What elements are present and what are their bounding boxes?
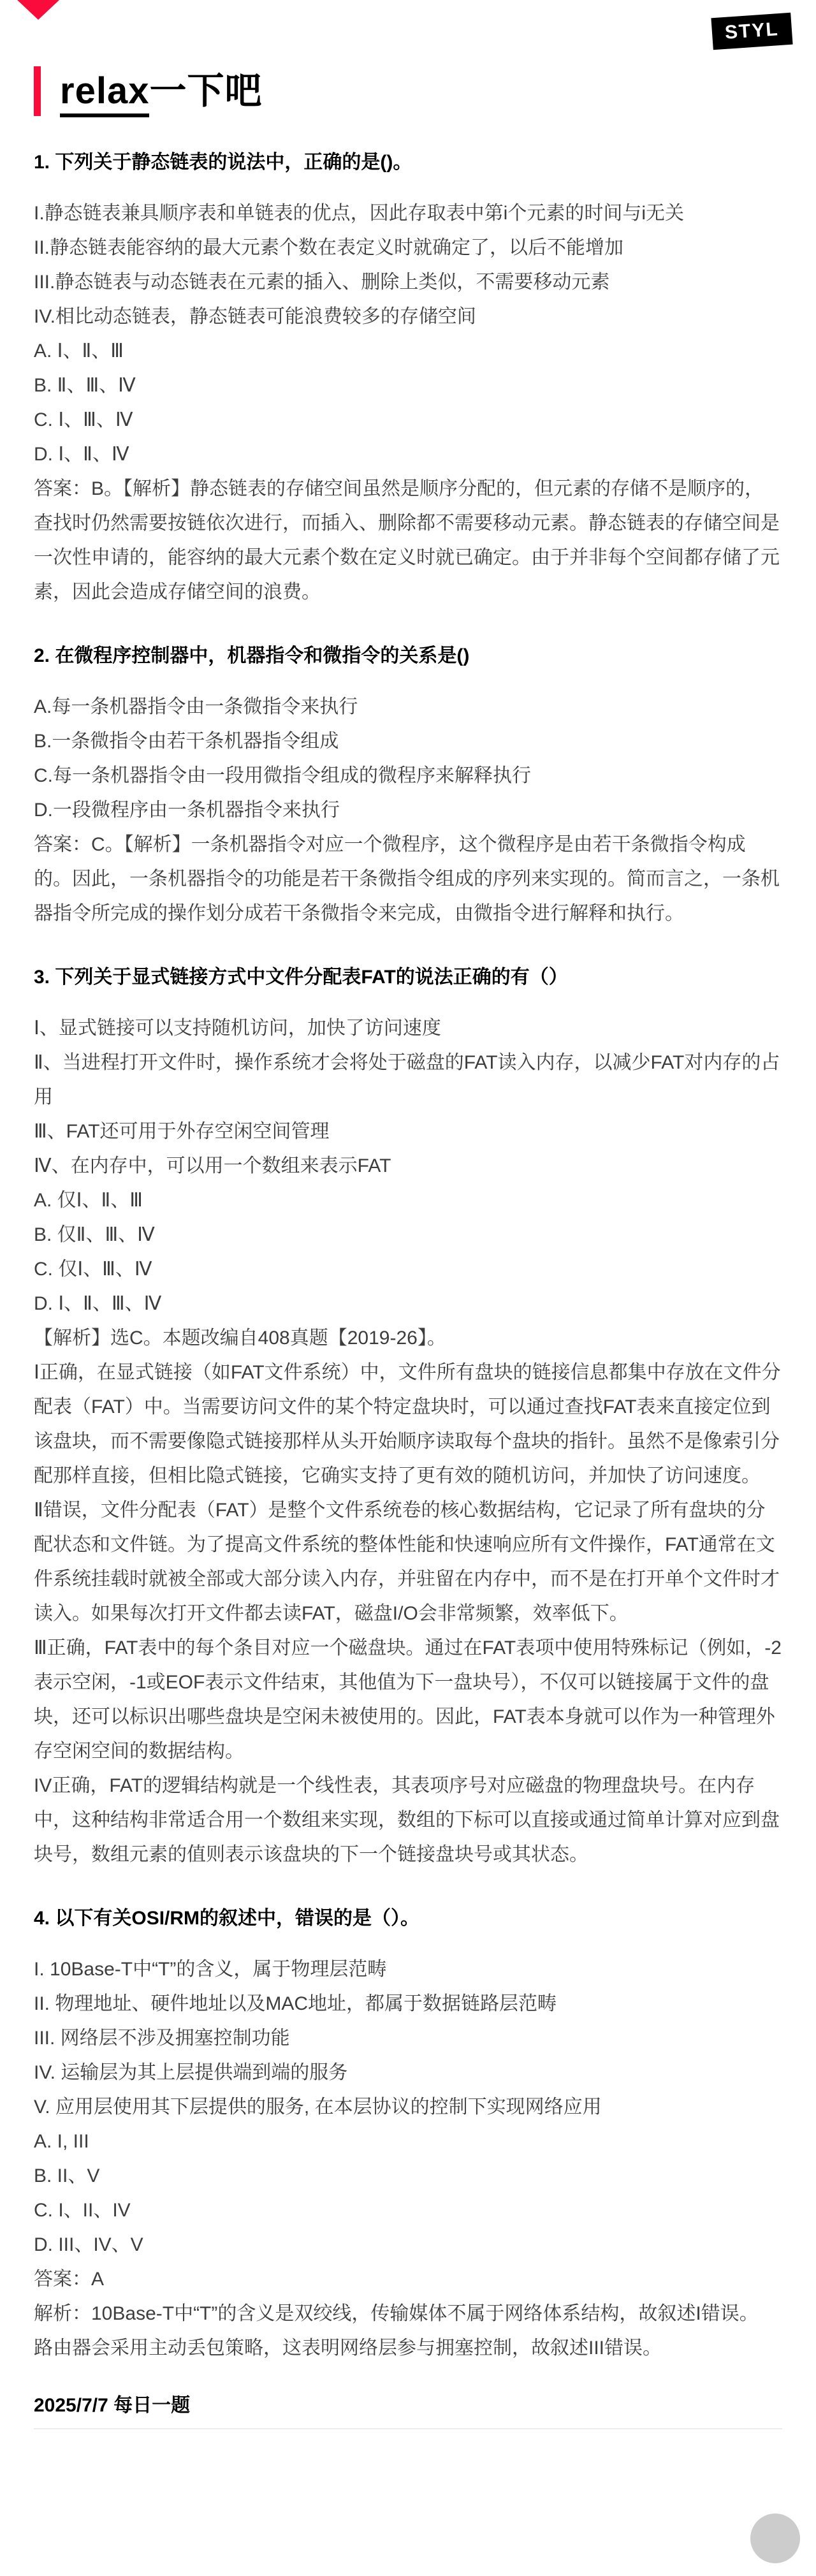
scroll-circle-button[interactable] [750, 2514, 800, 2563]
option-line: C. Ⅰ、Ⅲ、Ⅳ [34, 403, 782, 437]
footer-divider [34, 2428, 782, 2429]
question-3-heading: 3. 下列关于显式链接方式中文件分配表FAT的说法正确的有（） [34, 960, 782, 995]
option-line: C. I、II、IV [34, 2193, 782, 2228]
question-4: 4. 以下有关OSI/RM的叙述中，错误的是（）。 I. 10Base-T中“T… [34, 1901, 782, 2366]
styl-badge-label: STYL [724, 18, 780, 43]
option-line: D. III、IV、V [34, 2228, 782, 2262]
article-title-block: relax一下吧 [34, 66, 782, 116]
answer-paragraph: Ⅱ错误，文件分配表（FAT）是整个文件系统卷的核心数据结构，它记录了所有盘块的分… [34, 1493, 782, 1631]
statement-line: IV. 运输层为其上层提供端到端的服务 [34, 2056, 782, 2090]
option-line: B. II、V [34, 2159, 782, 2193]
red-triangle-icon [17, 0, 59, 20]
option-line: D.一段微程序由一条机器指令来执行 [34, 793, 782, 828]
styl-badge: STYL [711, 13, 793, 50]
option-line: D. Ⅰ、Ⅱ、Ⅲ、Ⅳ [34, 1287, 782, 1321]
statement-line: Ⅰ、显式链接可以支持随机访问，加快了访问速度 [34, 1011, 782, 1046]
answer-paragraph: IV正确，FAT的逻辑结构就是一个线性表，其表项序号对应磁盘的物理盘块号。在内存… [34, 1769, 782, 1872]
option-line: A. Ⅰ、Ⅱ、Ⅲ [34, 334, 782, 369]
statement-line: Ⅱ、当进程打开文件时，操作系统才会将处于磁盘的FAT读入内存，以减少FAT对内存… [34, 1046, 782, 1115]
footer-date-title: 2025/7/7 每日一题 [34, 2389, 782, 2423]
statement-line: IV.相比动态链表，静态链表可能浪费较多的存储空间 [34, 300, 782, 334]
question-2-heading: 2. 在微程序控制器中，机器指令和微指令的关系是() [34, 639, 782, 673]
page-title: relax一下吧 [60, 66, 262, 116]
option-line: A. I, III [34, 2125, 782, 2159]
answer-paragraph: 解析：10Base-T中“T”的含义是双绞线，传输媒体不属于网络体系结构，故叙述… [34, 2297, 782, 2366]
question-1-heading: 1. 下列关于静态链表的说法中，正确的是()。 [34, 145, 782, 180]
statement-line: II. 物理地址、硬件地址以及MAC地址，都属于数据链路层范畴 [34, 1987, 782, 2021]
statement-line: I. 10Base-T中“T”的含义，属于物理层范畴 [34, 1952, 782, 1987]
article-content: relax一下吧 1. 下列关于静态链表的说法中，正确的是()。 I.静态链表兼… [0, 66, 816, 2429]
answer-paragraph: Ⅲ正确，FAT表中的每个条目对应一个磁盘块。通过在FAT表项中使用特殊标记（例如… [34, 1631, 782, 1769]
option-line: B. 仅Ⅱ、Ⅲ、Ⅳ [34, 1218, 782, 1252]
statement-line: I.静态链表兼具顺序表和单链表的优点，因此存取表中第i个元素的时间与i无关 [34, 196, 782, 231]
question-4-heading: 4. 以下有关OSI/RM的叙述中，错误的是（）。 [34, 1901, 782, 1936]
answer-paragraph: 【解析】选C。本题改编自408真题【2019-26】。 [34, 1321, 782, 1356]
question-3: 3. 下列关于显式链接方式中文件分配表FAT的说法正确的有（） Ⅰ、显式链接可以… [34, 960, 782, 1872]
option-line: C. 仅Ⅰ、Ⅲ、Ⅳ [34, 1252, 782, 1287]
statement-line: III.静态链表与动态链表在元素的插入、删除上类似，不需要移动元素 [34, 265, 782, 300]
statement-line: V. 应用层使用其下层提供的服务, 在本层协议的控制下实现网络应用 [34, 2090, 782, 2125]
statement-line: III. 网络层不涉及拥塞控制功能 [34, 2021, 782, 2056]
statement-line: Ⅲ、FAT还可用于外存空闲空间管理 [34, 1115, 782, 1149]
option-line: A.每一条机器指令由一条微指令来执行 [34, 690, 782, 724]
question-2: 2. 在微程序控制器中，机器指令和微指令的关系是() A.每一条机器指令由一条微… [34, 639, 782, 931]
option-line: C.每一条机器指令由一段用微指令组成的微程序来解释执行 [34, 759, 782, 793]
option-line: A. 仅Ⅰ、Ⅱ、Ⅲ [34, 1183, 782, 1218]
question-1: 1. 下列关于静态链表的说法中，正确的是()。 I.静态链表兼具顺序表和单链表的… [34, 145, 782, 610]
option-line: B.一条微指令由若干条机器指令组成 [34, 724, 782, 759]
answer-paragraph: 答案：C。【解析】一条机器指令对应一个微程序，这个微程序是由若干条微指令构成的。… [34, 828, 782, 931]
title-accent-bar [34, 66, 41, 116]
option-line: D. Ⅰ、Ⅱ、Ⅳ [34, 437, 782, 472]
statement-line: Ⅳ、在内存中，可以用一个数组来表示FAT [34, 1149, 782, 1183]
statement-line: II.静态链表能容纳的最大元素个数在表定义时就确定了，以后不能增加 [34, 231, 782, 265]
option-line: B. Ⅱ、Ⅲ、Ⅳ [34, 369, 782, 403]
page-title-underlined: relax [60, 70, 149, 117]
answer-paragraph: Ⅰ正确，在显式链接（如FAT文件系统）中，文件所有盘块的链接信息都集中存放在文件… [34, 1356, 782, 1493]
page-title-rest: 一下吧 [149, 70, 262, 112]
answer-paragraph: 答案：B。【解析】静态链表的存储空间虽然是顺序分配的，但元素的存储不是顺序的，查… [34, 472, 782, 610]
answer-paragraph: 答案：A [34, 2262, 782, 2297]
